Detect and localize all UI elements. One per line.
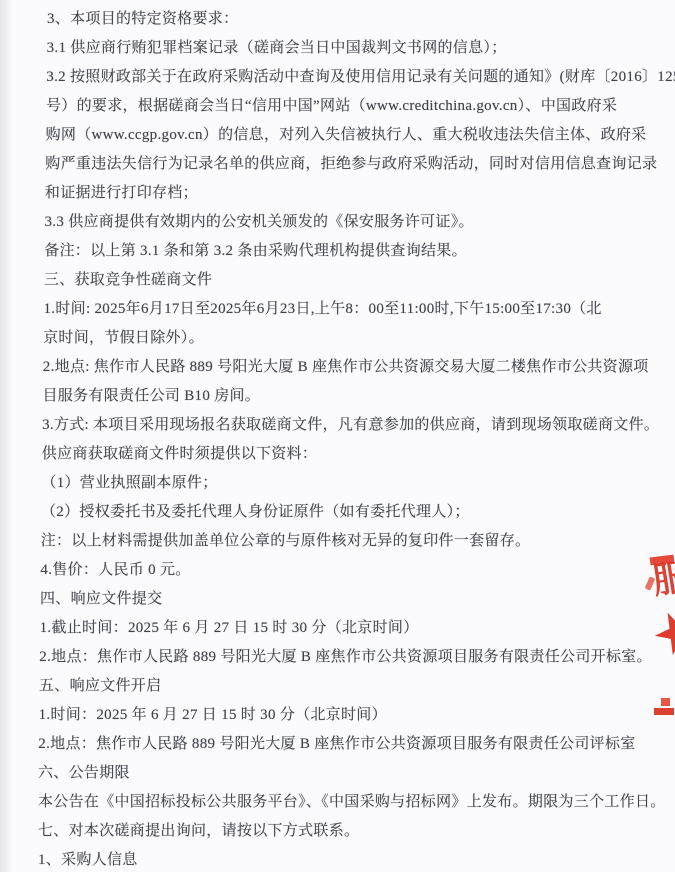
document-body: 3、本项目的特定资格要求：3.1 供应商行贿犯罪档案记录（磋商会当日中国裁判文书… [0, 5, 675, 872]
text-line: 2.地点：焦作市人民路 889 号阳光大厦 B 座焦作市公共资源项目服务有限责任… [39, 643, 675, 672]
text-line: 本公告在《中国招标投标公共服务平台》、《中国采购与招标网》上发布。期限为三个工作… [38, 788, 675, 817]
text-line: 1.时间：2025 年 6 月 27 日 15 时 30 分（北京时间） [39, 701, 675, 730]
text-line: 3、本项目的特定资格要求： [47, 5, 675, 34]
text-line: 备注：以上第 3.1 条和第 3.2 条由采购代理机构提供查询结果。 [44, 237, 675, 266]
text-line: 3.方式: 本项目采用现场报名获取磋商文件，凡有意参加的供应商，请到现场领取磋商… [42, 411, 675, 440]
text-line: 3.3 供应商提供有效期内的公安机关颁发的《保安服务许可证》。 [45, 208, 675, 237]
text-line: 2.地点: 焦作市人民路 889 号阳光大厦 B 座焦作市公共资源交易大厦二楼焦… [43, 353, 675, 382]
text-line: 1.截止时间：2025 年 6 月 27 日 15 时 30 分（北京时间） [40, 614, 675, 643]
text-line: 1.时间: 2025年6月17日至2025年6月23日,上午8：00至11:00… [44, 295, 675, 324]
scanned-page: { "page": { "background": "#fbfbfd", "te… [0, 0, 675, 872]
text-line: 七、对本次磋商提出询问，请按以下方式联系。 [38, 817, 675, 846]
text-line: 四、响应文件提交 [40, 585, 675, 614]
text-line: 4.售价：人民币 0 元。 [40, 556, 675, 585]
text-line: 3.1 供应商行贿犯罪档案记录（磋商会当日中国裁判文书网的信息）； [47, 34, 675, 63]
text-line: 购网（www.ccgp.gov.cn）的信息，对列入失信被执行人、重大税收违法失… [46, 121, 675, 150]
text-line: 和证据进行打印存档； [45, 179, 675, 208]
text-line: 注：以上材料需提供加盖单位公章的与原件核对无异的复印件一套留存。 [41, 527, 675, 556]
text-line: 2.地点：焦作市人民路 889 号阳光大厦 B 座焦作市公共资源项目服务有限责任… [38, 730, 675, 759]
text-line: 1、采购人信息 [38, 846, 675, 872]
text-line: 三、获取竞争性磋商文件 [44, 266, 675, 295]
text-line: 京时间，节假日除外）。 [43, 324, 675, 353]
text-line: 号）的要求，根据磋商会当日“信用中国”网站（www.creditchina.go… [46, 92, 675, 121]
text-line: 3.2 按照财政部关于在政府采购活动中查询及使用信用记录有关问题的通知》(财库〔… [46, 63, 675, 92]
text-line: 目服务有限责任公司 B10 房间。 [43, 382, 675, 411]
text-line: （1）营业执照副本原件； [41, 469, 675, 498]
text-line: 购严重违法失信行为记录名单的供应商，拒绝参与政府采购活动，同时对信用信息查询记录 [45, 150, 675, 179]
text-line: 供应商获取磋商文件时须提供以下资料： [42, 440, 675, 469]
text-line: （2）授权委托书及委托代理人身份证原件（如有委托代理人）； [41, 498, 675, 527]
text-line: 六、公告期限 [38, 759, 675, 788]
text-line: 五、响应文件开启 [39, 672, 675, 701]
